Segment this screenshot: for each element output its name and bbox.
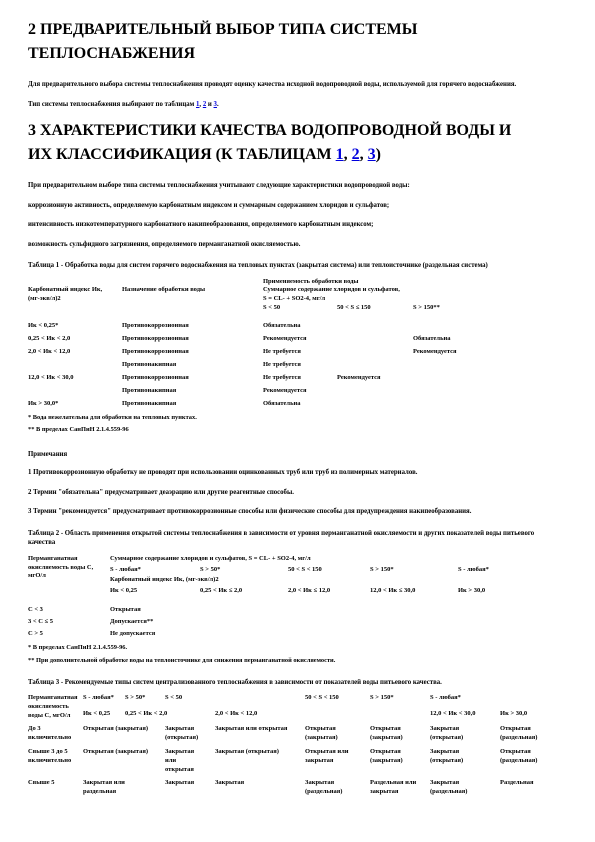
- document-page: 2 ПРЕДВАРИТЕЛЬНЫЙ ВЫБОР ТИПА СИСТЕМЫ ТЕП…: [0, 0, 595, 842]
- table-cell: Противокоррозионная: [122, 371, 263, 384]
- column-group-header: Суммарное содержание хлоридов и сульфато…: [263, 286, 567, 304]
- table-2-link[interactable]: 2: [352, 146, 360, 163]
- table-cell: [28, 384, 122, 397]
- column-header: S > 50*: [200, 566, 288, 577]
- table-cell: Закрытая (раздельная): [430, 779, 500, 802]
- table-cell: [337, 345, 413, 358]
- empty-cell: [28, 278, 122, 287]
- table-cell: [413, 358, 567, 371]
- empty-cell: [28, 304, 122, 313]
- table-cell: [28, 358, 122, 371]
- table-cell: Открытая: [110, 604, 567, 616]
- table-cell: Рекомендуется: [337, 371, 413, 384]
- column-header: 12,0 < Ик ≤ 30,0: [370, 587, 458, 598]
- column-header: S > 50*: [125, 694, 165, 710]
- section-2-heading: 2 ПРЕДВАРИТЕЛЬНЫЙ ВЫБОР ТИПА СИСТЕМЫ ТЕП…: [28, 18, 567, 66]
- table-row: Свыше 3 до 5 включительно Открытая (закр…: [28, 748, 567, 779]
- table-cell: Противонакипная: [122, 397, 263, 410]
- table-3-caption: Таблица 3 - Рекомендуемые типы систем це…: [28, 678, 553, 688]
- table-cell: Закрытая (открытая): [215, 748, 305, 779]
- table-cell: Противонакипная: [122, 358, 263, 371]
- table-cell: Обязательна: [413, 332, 567, 345]
- table-row: Ик < 0,25 0,25 < Ик < 2,0 2,0 < Ик < 12,…: [28, 710, 567, 726]
- row-label: До 3 включительно: [28, 725, 83, 748]
- column-header: Ик < 0,25: [83, 710, 125, 726]
- header-text: Карбонатный индекс Ик,: [28, 286, 102, 293]
- table-cell: Закрытая (открытая): [430, 725, 500, 748]
- header-text: (мг-экв/л)2: [28, 295, 61, 302]
- table-cell: Закрытая: [215, 779, 305, 802]
- table-cell: [413, 384, 567, 397]
- table-3-link[interactable]: 3: [368, 146, 376, 163]
- table-cell: Рекомендуется: [263, 332, 337, 345]
- table-cell: Рекомендуется: [413, 345, 567, 358]
- table-row: Карбонатный индекс Ик, (мг-экв/л)2 Назна…: [28, 286, 567, 304]
- table-row: S < 50 50 < S ≤ 150 S > 150**: [28, 304, 567, 313]
- table-row: 0,25 < Ик < 2,0 Противокоррозионная Реко…: [28, 332, 567, 345]
- table-cell: Не требуется: [263, 345, 337, 358]
- table-cell: 0,25 < Ик < 2,0: [28, 332, 122, 345]
- table-cell: Открытая (раздельная): [500, 748, 567, 779]
- table-cell: Закрытая или открытая: [215, 725, 305, 748]
- paragraph-table-links: Тип системы теплоснабжения выбирают по т…: [28, 100, 567, 110]
- heading-text: 2 ПРЕДВАРИТЕЛЬНЫЙ ВЫБОР ТИПА СИСТЕМЫ: [28, 21, 417, 38]
- text-run: ,: [360, 146, 368, 163]
- paragraph-corrosion: коррозионную активность, определяемую ка…: [28, 201, 567, 211]
- table-cell: 12,0 < Ик < 30,0: [28, 371, 122, 384]
- table-cell: Ик > 30,0*: [28, 397, 122, 410]
- column-header: 50 < S < 150: [305, 694, 370, 710]
- table-cell: Не требуется: [263, 371, 337, 384]
- heading-text: 3 ХАРАКТЕРИСТИКИ КАЧЕСТВА ВОДОПРОВОДНОЙ …: [28, 122, 511, 139]
- table-cell: Рекомендуется: [263, 384, 337, 397]
- table-cell: С < 3: [28, 604, 110, 616]
- table-2-footnote-2: ** При дополнительной обработке воды на …: [28, 657, 567, 666]
- table-cell: Раздельная или закрытая: [370, 779, 430, 802]
- table-cell: Ик < 0,25*: [28, 319, 122, 332]
- note-item: 1 Противокоррозионную обработку не прово…: [28, 468, 567, 478]
- notes-heading: Примечания: [28, 451, 567, 458]
- header-text: S = CL- + SO2-4, мг/л: [263, 295, 325, 302]
- table-cell: Открытая (закрытая): [83, 748, 165, 779]
- table-2-footnote-1: * В пределах СанПиН 2.1.4.559-96.: [28, 644, 567, 653]
- header-text: Суммарное содержание хлоридов и сульфато…: [263, 286, 400, 293]
- table-1-link[interactable]: 1: [336, 146, 344, 163]
- row-label: Свыше 3 до 5 включительно: [28, 748, 83, 779]
- column-header: Карбонатный индекс Ик, (мг-экв/л)2: [28, 286, 122, 304]
- column-header: S > 150*: [370, 566, 458, 577]
- column-group-header: Применяемость обработки воды: [263, 278, 567, 287]
- table-row: 3 < С ≤ 5 Допускается**: [28, 616, 567, 628]
- note-item: 3 Термин "рекомендуется" предусматривает…: [28, 507, 567, 517]
- note-item: 2 Термин "обязательна" предусматривает д…: [28, 488, 567, 498]
- table-cell: [337, 384, 413, 397]
- table-cell: [413, 371, 567, 384]
- table-cell: [337, 332, 413, 345]
- empty-cell: [305, 710, 370, 726]
- table-cell: Закрытая или открытая: [165, 748, 215, 779]
- table-row: 12,0 < Ик < 30,0 Противокоррозионная Не …: [28, 371, 567, 384]
- table-cell: Противокоррозионная: [122, 332, 263, 345]
- table-cell: [413, 319, 567, 332]
- table-cell: Обязательна: [263, 397, 337, 410]
- table-cell: 2,0 < Ик < 12,0: [28, 345, 122, 358]
- column-header: Ик > 30,0: [458, 587, 567, 598]
- table-3: Перманганатная окисляемость воды С, мгО/…: [28, 694, 567, 802]
- table-cell: Открытая или закрытая: [305, 748, 370, 779]
- column-header: 50 < S < 150: [288, 566, 370, 577]
- table-cell: Допускается**: [110, 616, 567, 628]
- column-header: S < 50: [165, 694, 305, 710]
- table-row: Ик > 30,0* Противонакипная Обязательна: [28, 397, 567, 410]
- table-cell: Раздельная: [500, 779, 567, 802]
- section-3-heading: 3 ХАРАКТЕРИСТИКИ КАЧЕСТВА ВОДОПРОВОДНОЙ …: [28, 119, 567, 167]
- table-cell: Закрытая (открытая): [430, 748, 500, 779]
- column-group-header: Карбонатный индекс Ик, (мг-экв/л)2: [110, 576, 567, 587]
- column-header: S < 50: [263, 304, 337, 313]
- table-cell: [337, 358, 413, 371]
- text-run: Тип системы теплоснабжения выбирают по т…: [28, 101, 196, 108]
- table-cell: Закрытая (открытая): [165, 725, 215, 748]
- table-row: Перманганатная окисляемость воды С, мгО/…: [28, 694, 567, 710]
- table-cell: Не допускается: [110, 628, 567, 640]
- table-cell: Обязательна: [263, 319, 337, 332]
- row-label: Свыше 5: [28, 779, 83, 802]
- column-header: 2,0 < Ик < 12,0: [215, 710, 305, 726]
- column-header: Ик > 30,0: [500, 710, 567, 726]
- table-cell: Открытая (закрытая): [370, 725, 430, 748]
- heading-text: ИХ КЛАССИФИКАЦИЯ (К ТАБЛИЦАМ: [28, 146, 336, 163]
- table-cell: [337, 319, 413, 332]
- table-cell: Открытая (раздельная): [500, 725, 567, 748]
- column-header: S - любая*: [83, 694, 125, 710]
- table-cell: Противонакипная: [122, 384, 263, 397]
- table-row: До 3 включительно Открытая (закрытая) За…: [28, 725, 567, 748]
- column-header: Перманганатная окисляемость воды С, мгО/…: [28, 555, 110, 598]
- table-row: Свыше 5 Закрытая или раздельная Закрытая…: [28, 779, 567, 802]
- table-row: Противонакипная Не требуется: [28, 358, 567, 371]
- empty-cell: [370, 710, 430, 726]
- column-header: Назначение обработки воды: [122, 286, 263, 304]
- column-group-header: Суммарное содержание хлоридов и сульфато…: [110, 555, 567, 566]
- column-header: 2,0 < Ик ≤ 12,0: [288, 587, 370, 598]
- table-1: Применяемость обработки воды Карбонатный…: [28, 278, 567, 410]
- heading-text: ТЕПЛОСНАБЖЕНИЯ: [28, 45, 195, 62]
- table-cell: Закрытая (раздельная): [305, 779, 370, 802]
- column-header: 12,0 < Ик < 30,0: [430, 710, 500, 726]
- empty-cell: [122, 304, 263, 313]
- table-cell: Не требуется: [263, 358, 337, 371]
- table-cell: Закрытая: [165, 779, 215, 802]
- table-row: Применяемость обработки воды: [28, 278, 567, 287]
- table-cell: Противокоррозионная: [122, 345, 263, 358]
- table-row: Ик < 0,25* Противокоррозионная Обязатель…: [28, 319, 567, 332]
- table-cell: С > 5: [28, 628, 110, 640]
- table-cell: Открытая (закрытая): [305, 725, 370, 748]
- paragraph-characteristics: При предварительном выборе типа системы …: [28, 181, 567, 191]
- column-header: S - любая*: [430, 694, 567, 710]
- paragraph-sulfide: возможность сульфидного загрязнения, опр…: [28, 240, 567, 250]
- table-2-caption: Таблица 2 - Область применения открытой …: [28, 529, 553, 548]
- empty-cell: [122, 278, 263, 287]
- table-cell: Открытая (закрытая): [370, 748, 430, 779]
- text-run: ): [376, 146, 381, 163]
- table-cell: 3 < С ≤ 5: [28, 616, 110, 628]
- table-row: С > 5 Не допускается: [28, 628, 567, 640]
- column-header: 0,25 < Ик ≤ 2,0: [200, 587, 288, 598]
- table-row: 2,0 < Ик < 12,0 Противокоррозионная Не т…: [28, 345, 567, 358]
- table-cell: Открытая (закрытая): [83, 725, 165, 748]
- table-row: Противонакипная Рекомендуется: [28, 384, 567, 397]
- table-row: Перманганатная окисляемость воды С, мгО/…: [28, 555, 567, 566]
- text-run: ,: [344, 146, 352, 163]
- column-header: S - любая*: [110, 566, 200, 577]
- table-row: С < 3 Открытая: [28, 604, 567, 616]
- text-run: и: [206, 101, 213, 108]
- text-run: .: [217, 101, 219, 108]
- table-2: Перманганатная окисляемость воды С, мгО/…: [28, 555, 567, 640]
- column-header: S > 150*: [370, 694, 430, 710]
- table-cell: Закрытая или раздельная: [83, 779, 165, 802]
- table-1-footnote-2: ** В пределах СанПиН 2.1.4.559-96: [28, 426, 567, 435]
- column-header: S - любая*: [458, 566, 567, 577]
- table-cell: [337, 397, 413, 410]
- column-header: Ик < 0,25: [110, 587, 200, 598]
- column-header: Перманганатная окисляемость воды С, мгО/…: [28, 694, 83, 725]
- table-1-footnote-1: * Вода нежелательна для обработки на теп…: [28, 414, 567, 423]
- paragraph-scale: интенсивность низкотемпературного карбон…: [28, 220, 567, 230]
- column-header: S > 150**: [413, 304, 567, 313]
- column-header: 50 < S ≤ 150: [337, 304, 413, 313]
- table-cell: [413, 397, 567, 410]
- paragraph-intro: Для предварительного выбора системы тепл…: [28, 80, 567, 90]
- table-1-caption: Таблица 1 - Обработка воды для систем го…: [28, 261, 553, 271]
- column-header: 0,25 < Ик < 2,0: [125, 710, 215, 726]
- table-cell: Противокоррозионная: [122, 319, 263, 332]
